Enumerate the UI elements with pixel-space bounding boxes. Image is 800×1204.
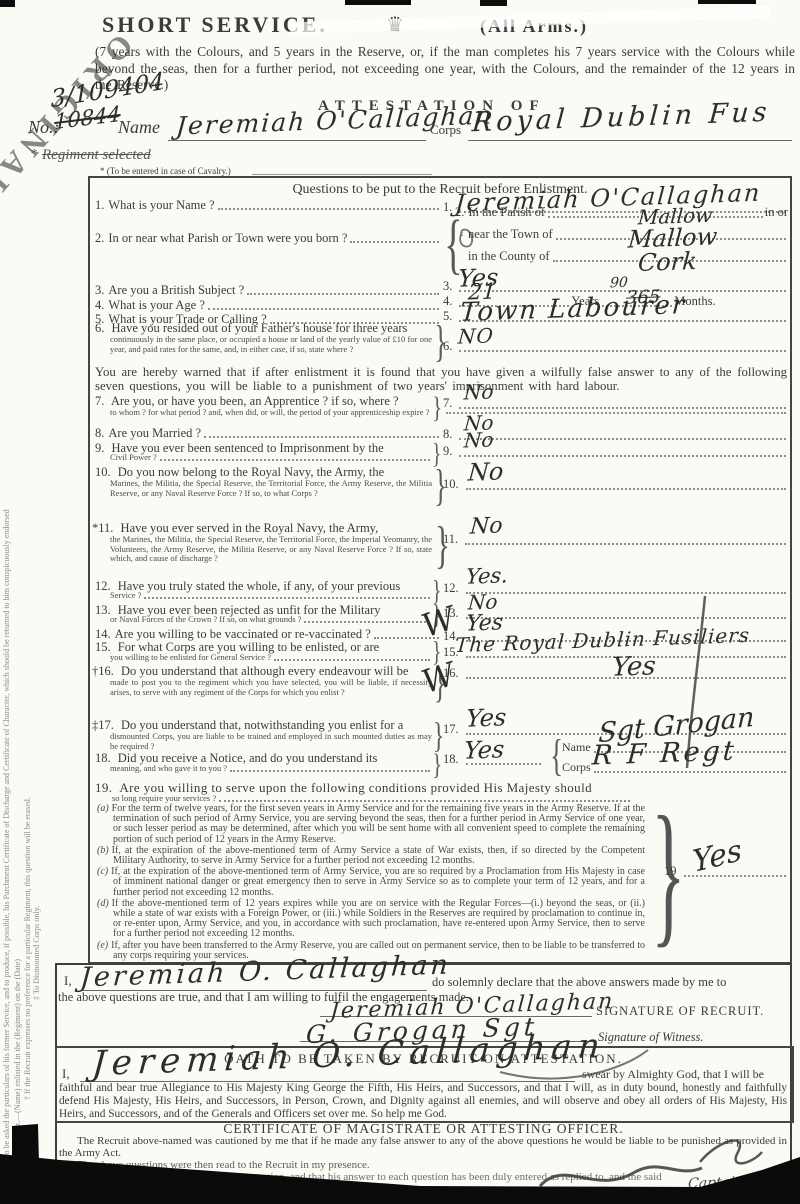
a18-number: 18. — [443, 752, 459, 767]
answer-line — [459, 453, 786, 457]
question-13-subtext: or Naval Forces of the Crown ? If so, on… — [110, 615, 432, 625]
answer-line — [459, 436, 786, 440]
answer-9-handwritten: No — [463, 429, 494, 450]
condition-a-text: For the term of twelve years, for the fi… — [112, 803, 645, 845]
captain-handwritten: Captain — [688, 1175, 744, 1191]
county-handwritten: Cork — [637, 249, 697, 275]
condition-d-text: If the above-mentioned term of 12 years … — [112, 898, 645, 940]
q15-number: 15. — [95, 640, 111, 654]
q12-subtext-label: Service ? — [110, 591, 141, 601]
answer-7-handwritten: No — [463, 381, 494, 402]
question-3: 3. Are you a British Subject ? — [95, 284, 441, 297]
answer-6-handwritten: NO — [457, 325, 494, 346]
question-9-subtext: Civil Power ? — [110, 453, 432, 463]
leader-dots — [204, 434, 439, 438]
q7-brace: } — [432, 393, 442, 423]
answer-17-handwritten: Yes — [465, 705, 507, 730]
answer-line — [465, 541, 786, 545]
question-1: 1. What is your Name ? — [95, 199, 441, 212]
q1-text: What is your Name ? — [108, 199, 214, 212]
q11-text: Have you ever served in the Royal Navy, … — [121, 521, 379, 535]
answer-line — [466, 486, 786, 490]
question-4: 4. What is your Age ? — [95, 299, 441, 312]
a7-number: 7. — [443, 396, 452, 411]
certificate-p3: I have taken care that he understands ea… — [59, 1171, 787, 1183]
a8-number: 8. — [443, 427, 452, 442]
q15-subtext-label: you willing to be enlisted for General S… — [110, 653, 271, 663]
q7-number: 7. — [95, 394, 104, 408]
notice-corps-handwritten: R F Regt — [591, 737, 737, 769]
question-15-subtext: you willing to be enlisted for General S… — [110, 653, 432, 663]
q6-text: Have you resided out of your Father's ho… — [112, 321, 408, 335]
oath-lead: swear by Almighty God, that I will be — [582, 1067, 764, 1082]
attestation-form-page: ORIGINAL The Recruit is to be asked the … — [0, 0, 800, 1204]
q9-number: 9. — [95, 441, 104, 455]
scan-mark-top-left — [0, 0, 15, 7]
condition-e-letter: (e) — [97, 940, 108, 951]
q8-number: 8. — [95, 427, 104, 440]
leader-dots — [350, 239, 439, 243]
age-sup-handwritten: 90 — [610, 276, 629, 291]
a6-number: 6. — [443, 339, 452, 354]
answer-5-handwritten: Town Labourer — [459, 292, 687, 326]
corps-underline — [468, 140, 792, 141]
question-6-subtext: continuously in the same place, or occup… — [110, 335, 432, 354]
q18-number: 18. — [95, 751, 111, 765]
leader-dots — [219, 798, 630, 802]
q13-number: 13. — [95, 603, 111, 617]
q10-text: Do you now belong to the Royal Navy, the… — [118, 465, 384, 479]
q3-number: 3. — [95, 284, 104, 297]
condition-a-letter: (a) — [97, 803, 109, 814]
q16-text: Do you understand that although every en… — [121, 664, 408, 678]
a10-number: 10. — [443, 477, 459, 492]
name-underline — [168, 140, 426, 141]
oath-body: faithful and bear true Allegiance to His… — [59, 1082, 787, 1121]
parish-label: In the Parish of — [468, 205, 545, 220]
question-10-subtext: Marines, the Militia, the Special Reserv… — [110, 479, 432, 498]
margin-note-1: The Recruit is to be asked the particula… — [2, 509, 11, 1204]
leader-dots — [247, 291, 439, 295]
declaration-text-1: do solemnly declare that the above answe… — [432, 975, 726, 990]
question-8: 8. Are you Married ? — [95, 427, 441, 440]
declaration-i: I, — [64, 973, 72, 989]
a19-number: 19 — [664, 864, 677, 879]
answer-line — [459, 405, 786, 409]
recruit-signature-label: SIGNATURE OF RECRUIT. — [596, 1004, 764, 1019]
condition-d-letter: (d) — [97, 898, 109, 909]
answer-16-handwritten: Yes — [611, 653, 656, 681]
q2-text: In or near what Parish or Town were you … — [108, 232, 347, 245]
condition-c-text: If, at the expiration of the above-menti… — [111, 866, 645, 897]
question-18-subtext: meaning, and who gave it to you ? — [110, 764, 432, 774]
scan-mark-top-3 — [698, 0, 756, 4]
notice-corps-label: Corps — [562, 760, 591, 775]
answer-10-handwritten: No — [467, 459, 504, 484]
question-17-subtext: dismounted Corps, you are liable to be t… — [110, 732, 432, 751]
in-or-suffix: in or — [765, 205, 788, 220]
answer-line — [466, 590, 786, 594]
condition-b: (b)If, at the expiration of the above-me… — [97, 846, 645, 866]
a17-number: 17. — [443, 722, 459, 737]
q6-number: 6. — [95, 321, 104, 335]
q7-text: Are you, or have you been, an Apprentice… — [111, 394, 399, 408]
q16-number: †16. — [92, 664, 114, 678]
a9-number: 9. — [443, 444, 452, 459]
answer-8: 8. — [443, 427, 788, 442]
leader-dots — [274, 657, 430, 661]
warning-text: You are hereby warned that if after enli… — [95, 366, 787, 393]
condition-a: (a)For the term of twelve years, for the… — [97, 804, 645, 845]
answer-11-handwritten: No — [469, 515, 503, 538]
answer-2-parish-row: 2. In the Parish of in or — [455, 205, 788, 220]
oath-i: I, — [62, 1066, 70, 1082]
q1-number: 1. — [95, 199, 104, 212]
q9-subtext-label: Civil Power ? — [110, 453, 157, 463]
county-label: in the County of — [468, 249, 550, 264]
leader-dots — [218, 206, 439, 210]
no-handwritten: 10844 — [54, 104, 121, 133]
condition-d: (d)If the above-mentioned term of 12 yea… — [97, 899, 645, 940]
q4-number: 4. — [95, 299, 104, 312]
q18-brace: } — [432, 750, 442, 780]
a12-number: 12. — [443, 581, 459, 596]
leader-dots — [208, 306, 439, 310]
regiment-selected-star: * — [30, 147, 37, 163]
q17-number: ‡17. — [92, 718, 114, 732]
q18-subtext-label: meaning, and who gave it to you ? — [110, 764, 227, 774]
certificate-p1: The Recruit above-named was cautioned by… — [59, 1135, 787, 1159]
a11-number: 11. — [443, 532, 458, 547]
a2-number: 2. — [455, 205, 464, 220]
leader-dots — [304, 619, 430, 623]
leader-dots — [144, 595, 430, 599]
answer-12-handwritten: Yes. — [465, 565, 508, 588]
scan-mark-top-1 — [345, 0, 411, 5]
question-11-subtext: the Marines, the Militia, the Special Re… — [110, 535, 432, 564]
conditions-list: (a)For the term of twelve years, for the… — [97, 804, 645, 962]
q10-number: 10. — [95, 465, 111, 479]
leader-dots — [160, 457, 430, 461]
q18-name-corps-brace: { — [550, 734, 563, 778]
answer-7: 7. — [443, 396, 788, 411]
answer-13-handwritten: No — [467, 591, 498, 612]
q4-text: What is your Age ? — [108, 299, 205, 312]
regiment-selected-label: Regiment selected — [42, 147, 151, 164]
town-label: near the Town of — [468, 227, 553, 242]
q8-text: Are you Married ? — [108, 427, 201, 440]
q2-number: 2. — [95, 232, 104, 245]
scan-mark-top-2 — [480, 0, 507, 6]
certificate-p2: The above questions were then read to th… — [59, 1159, 659, 1171]
a3-number: 3. — [443, 279, 452, 294]
answer-18-handwritten: Yes — [463, 737, 505, 762]
answer-line — [459, 348, 786, 352]
q19-number: 19. — [95, 780, 112, 795]
witness-signature-label: Signature of Witness. — [598, 1030, 703, 1045]
a4-number: 4. — [443, 294, 452, 309]
condition-c-letter: (c) — [97, 866, 108, 877]
cavalry-note: * (To be entered in case of Cavalry.) — [100, 166, 231, 176]
corps-label: Corps — [430, 122, 461, 138]
q3-text: Are you a British Subject ? — [108, 284, 244, 297]
q17-text: Do you understand that, notwithstanding … — [121, 718, 403, 732]
condition-b-letter: (b) — [97, 845, 109, 856]
name-label: Name — [118, 117, 160, 138]
cavalry-underline — [252, 174, 432, 175]
condition-c: (c)If, at the expiration of the above-me… — [97, 867, 645, 898]
condition-b-text: If, at the expiration of the above-menti… — [112, 845, 645, 866]
notice-name-label: Name — [562, 740, 591, 755]
margin-note-4: ‡ To Dismounted Corps only. — [32, 906, 41, 1000]
question-16-subtext: made to post you to the regiment which y… — [110, 678, 432, 697]
answer-line — [446, 410, 786, 414]
margin-note-2: in red ink, as follows, viz.—(Name) enli… — [13, 959, 22, 1204]
q11-number: *11. — [92, 521, 113, 535]
answer-6: 6. — [443, 339, 788, 354]
question-2: 2. In or near what Parish or Town were y… — [95, 232, 441, 245]
margin-note-3: † If the Recruit expresses no preference… — [23, 797, 32, 1100]
q12-number: 12. — [95, 579, 111, 593]
question-12-subtext: Service ? — [110, 591, 432, 601]
answer-line — [466, 615, 786, 619]
leader-dots — [230, 768, 430, 772]
q13-subtext-label: or Naval Forces of the Crown ? If so, on… — [110, 615, 301, 625]
service-terms: (7 years with the Colours, and 5 years i… — [95, 44, 795, 94]
question-7-subtext: to whom ? for what period ? and, when di… — [110, 408, 432, 418]
